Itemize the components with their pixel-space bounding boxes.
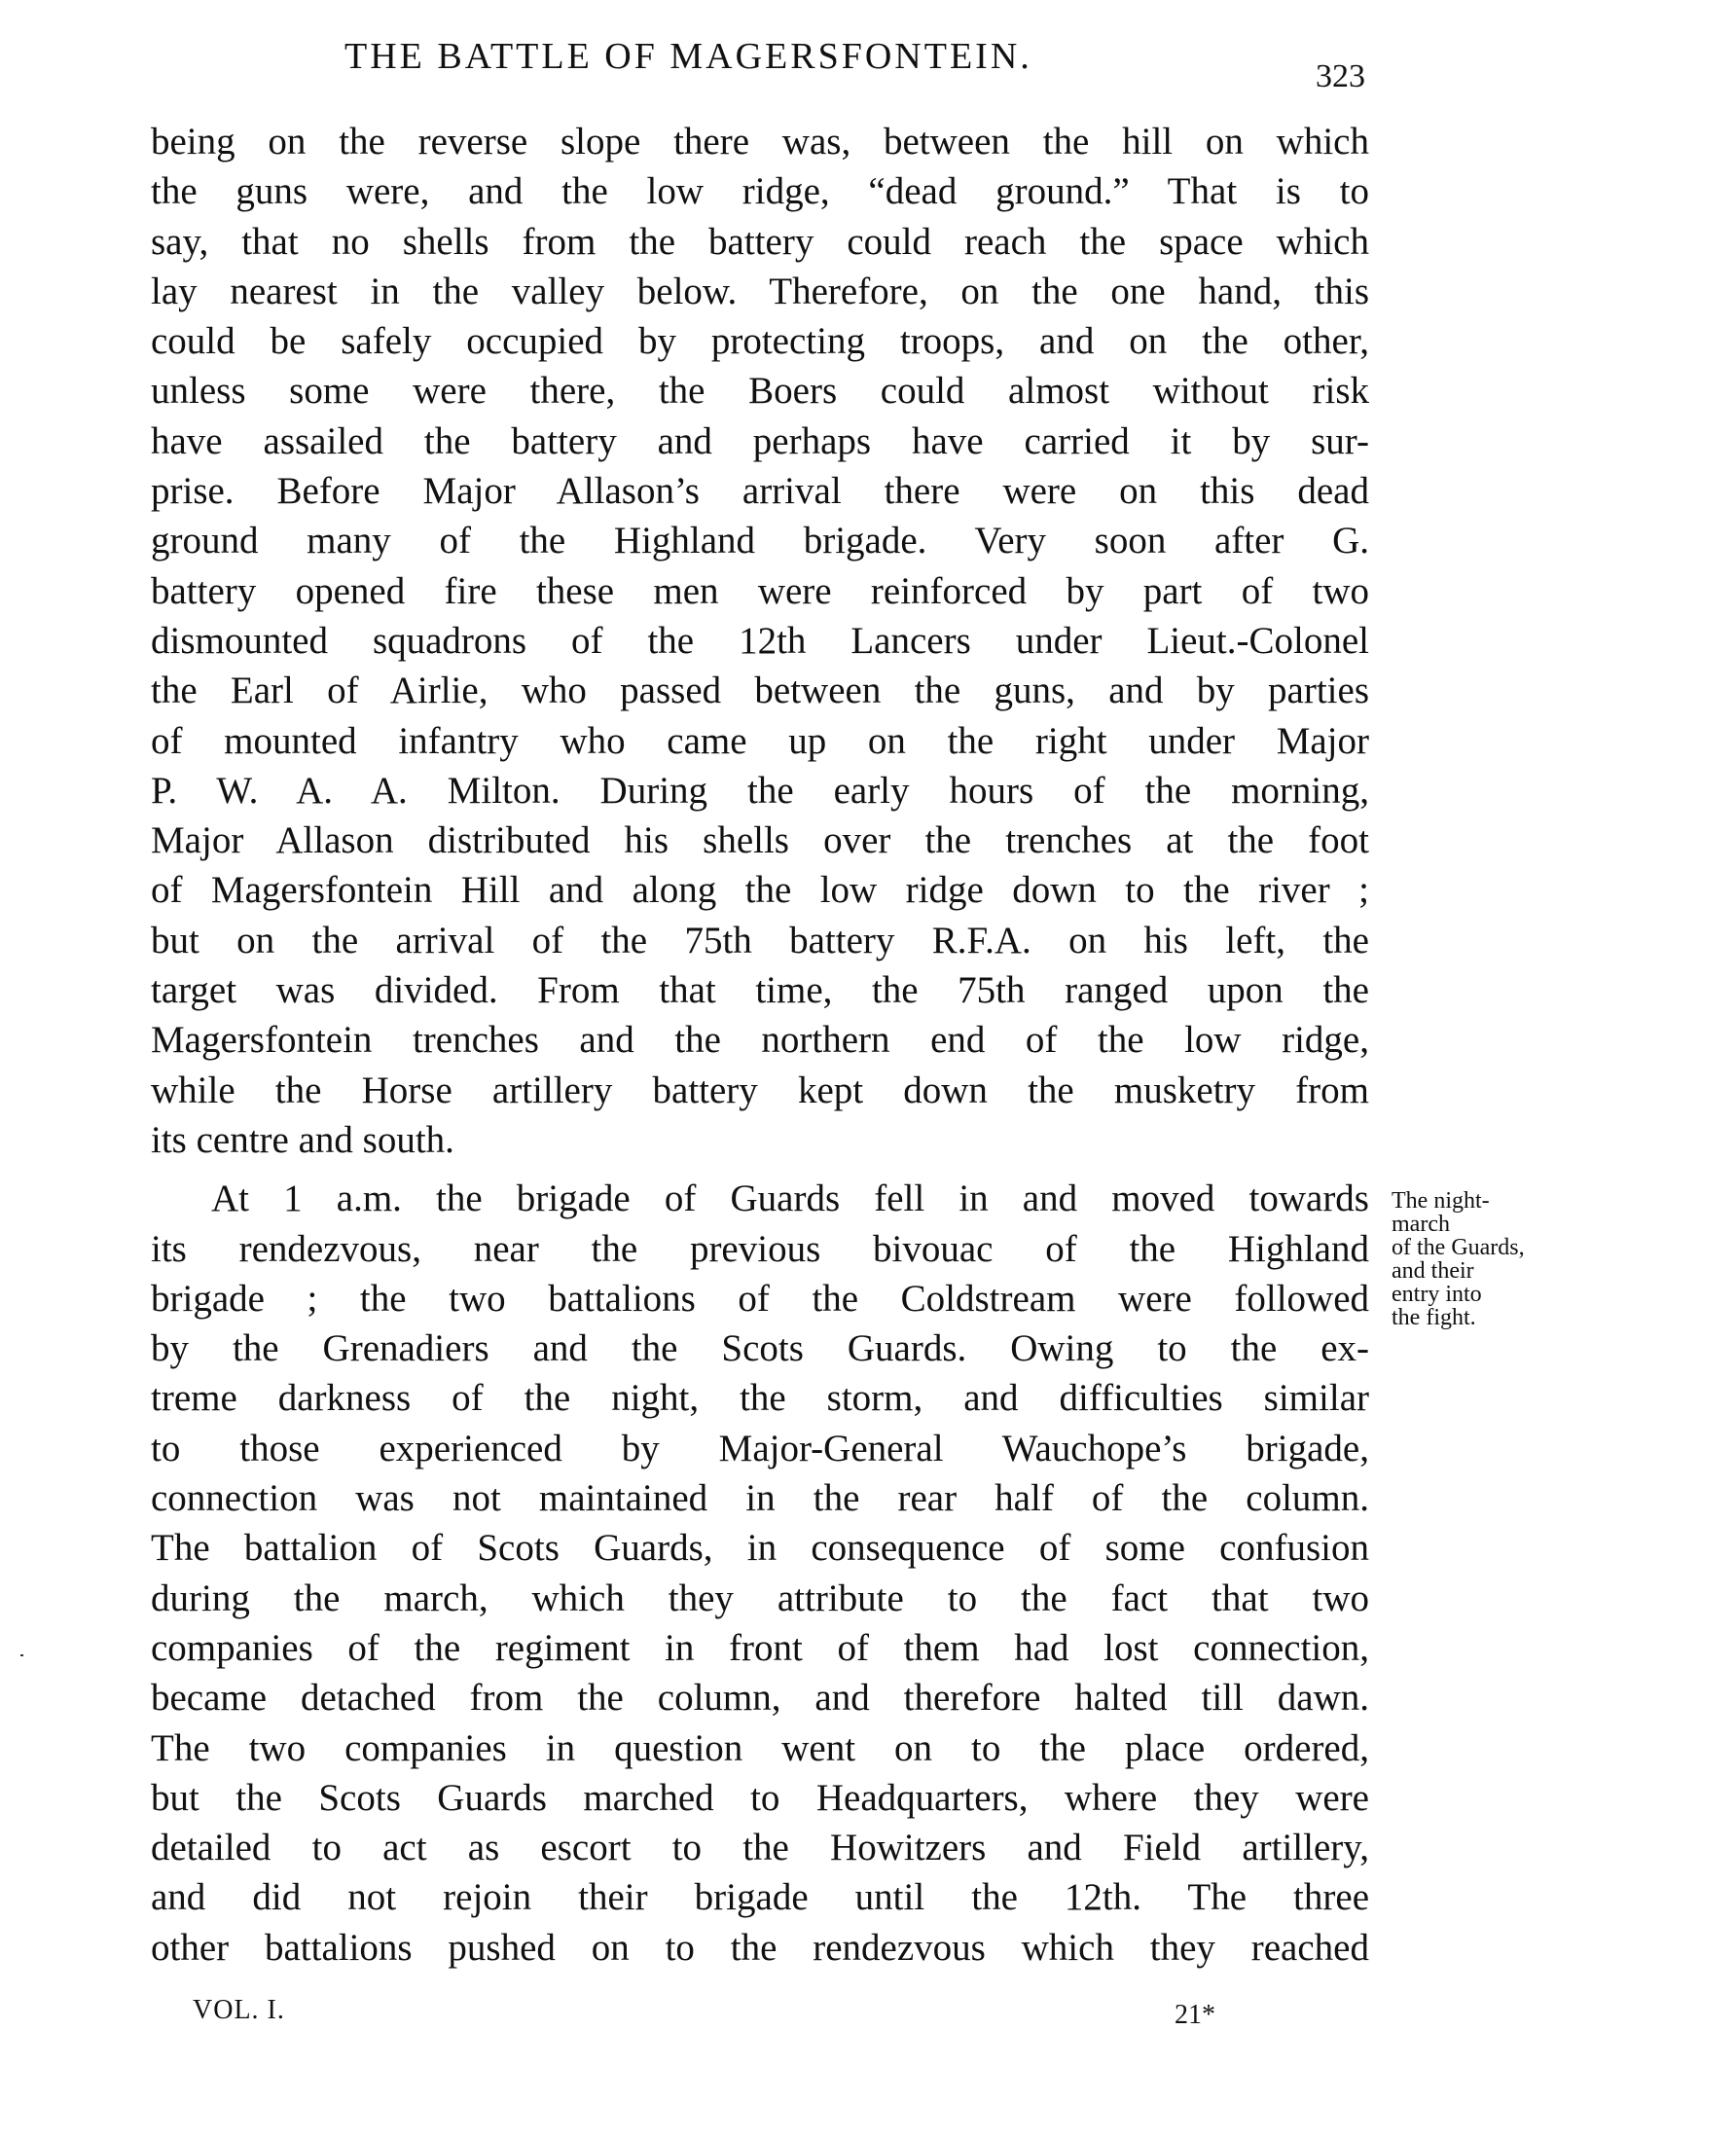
sidenote-line: the fight. [1392, 1306, 1606, 1329]
text-line: The battalion of Scots Guards, in conseq… [151, 1523, 1369, 1573]
sidenote-line: and their [1392, 1259, 1606, 1283]
text-line: while the Horse artillery battery kept d… [151, 1066, 1369, 1115]
text-line: prise. Before Major Allason’s arrival th… [151, 466, 1369, 516]
sidenote-line: entry into [1392, 1283, 1606, 1306]
text-line: other battalions pushed on to the rendez… [151, 1923, 1369, 1973]
text-line: its rendezvous, near the previous bivoua… [151, 1224, 1369, 1274]
text-line: became detached from the column, and the… [151, 1673, 1369, 1722]
text-line: the Earl of Airlie, who passed between t… [151, 666, 1369, 715]
scan-speck [20, 1654, 23, 1656]
text-line: by the Grenadiers and the Scots Guards. … [151, 1323, 1369, 1373]
paragraph-night-march: At 1 a.m. the brigade of Guards fell in … [151, 1174, 1369, 1973]
text-line: connection was not maintained in the rea… [151, 1473, 1369, 1523]
paragraph-continuation: being on the reverse slope there was, be… [151, 117, 1369, 1165]
sidenote-line: The night- [1392, 1189, 1606, 1213]
text-line: unless some were there, the Boers could … [151, 366, 1369, 416]
sidenote-line: of the Guards, [1392, 1236, 1606, 1259]
margin-sidenote: The night- march of the Guards, and thei… [1392, 1189, 1606, 1329]
text-line: The two companies in question went on to… [151, 1723, 1369, 1773]
text-line: companies of the regiment in front of th… [151, 1623, 1369, 1673]
text-line: being on the reverse slope there was, be… [151, 117, 1369, 166]
text-line: of Magersfontein Hill and along the low … [151, 865, 1369, 915]
text-line: Major Allason distributed his shells ove… [151, 816, 1369, 865]
running-title: THE BATTLE OF MAGERSFONTEIN. [344, 35, 1032, 78]
body-text: being on the reverse slope there was, be… [151, 117, 1369, 1973]
text-line: could be safely occupied by protecting t… [151, 316, 1369, 366]
book-page: THE BATTLE OF MAGERSFONTEIN. 323 being o… [0, 0, 1736, 2139]
sidenote-line: march [1392, 1213, 1606, 1236]
text-line: have assailed the battery and perhaps ha… [151, 417, 1369, 466]
text-line: Magersfontein trenches and the northern … [151, 1015, 1369, 1065]
text-line: target was divided. From that time, the … [151, 965, 1369, 1015]
signature-mark: 21* [1175, 2000, 1215, 2031]
text-line: of mounted infantry who came up on the r… [151, 716, 1369, 766]
text-line: ground many of the Highland brigade. Ver… [151, 516, 1369, 565]
text-line: brigade ; the two battalions of the Cold… [151, 1274, 1369, 1323]
text-line: during the march, which they attribute t… [151, 1574, 1369, 1623]
text-line: detailed to act as escort to the Howitze… [151, 1823, 1369, 1872]
text-line: to those experienced by Major-General Wa… [151, 1424, 1369, 1473]
text-line: and did not rejoin their brigade until t… [151, 1872, 1369, 1922]
text-line: At 1 a.m. the brigade of Guards fell in … [151, 1174, 1369, 1223]
text-line: lay nearest in the valley below. Therefo… [151, 267, 1369, 316]
text-line: treme darkness of the night, the storm, … [151, 1373, 1369, 1423]
text-line: P. W. A. A. Milton. During the early hou… [151, 766, 1369, 816]
volume-marker: VOL. I. [193, 1995, 285, 2026]
text-line: say, that no shells from the battery cou… [151, 217, 1369, 267]
text-line: but the Scots Guards marched to Headquar… [151, 1773, 1369, 1823]
text-line: its centre and south. [151, 1115, 1369, 1165]
text-line: dismounted squadrons of the 12th Lancers… [151, 616, 1369, 666]
text-line: but on the arrival of the 75th battery R… [151, 916, 1369, 965]
page-number: 323 [1316, 58, 1365, 95]
text-line: battery opened fire these men were reinf… [151, 566, 1369, 616]
text-line: the guns were, and the low ridge, “dead … [151, 166, 1369, 216]
